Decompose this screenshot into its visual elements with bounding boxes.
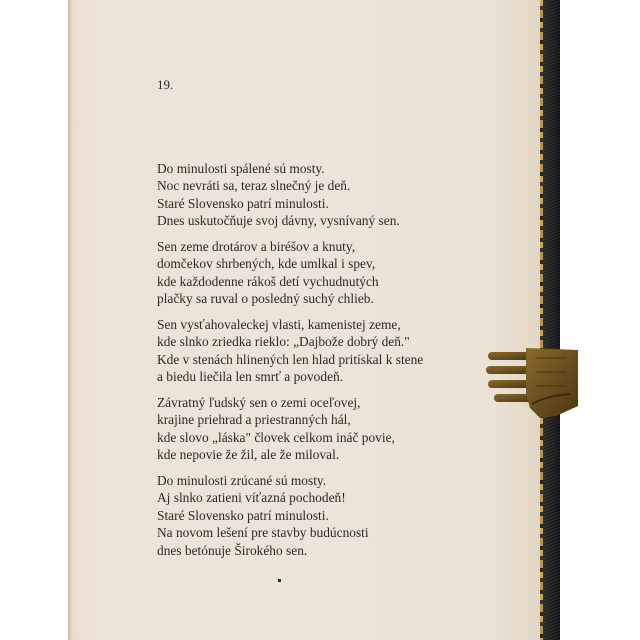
poem-line: Do minulosti zrúcané sú mosty.: [157, 472, 487, 489]
poem-line: Sen zeme drotárov a biréšov a knuty,: [157, 238, 487, 255]
poem-line: krajine priehrad a priestranných hál,: [157, 411, 487, 428]
poem-line: domčekov shrbených, kde umlkal i spev,: [157, 255, 487, 272]
hand-clasp-icon: [486, 344, 578, 420]
poem-line: kde slovo „láska" človek celkom ináč pov…: [157, 429, 487, 446]
poem-line: Aj slnko zatieni víťazná pochodeň!: [157, 489, 487, 506]
stanza-4: Závratný ľudský sen o zemi oceľovej, kra…: [157, 394, 487, 464]
poem-line: Závratný ľudský sen o zemi oceľovej,: [157, 394, 487, 411]
poem-line: Kde v stenách hlinených len hlad pritísk…: [157, 351, 487, 368]
end-of-poem-mark: [278, 579, 281, 582]
poem-line: Staré Slovensko patrí minulosti.: [157, 195, 487, 212]
poem-line: plačky sa ruval o posledný suchý chlieb.: [157, 290, 487, 307]
page-gutter-shadow: [68, 0, 73, 640]
stanza-3: Sen vysťahovaleckej vlasti, kamenistej z…: [157, 316, 487, 386]
poem-line: kde každodenne rákoš detí vychudnutých: [157, 273, 487, 290]
poem-line: kde nepovie že žil, ale že miloval.: [157, 446, 487, 463]
book-cover-binding: [543, 0, 560, 640]
poem-line: Sen vysťahovaleckej vlasti, kamenistej z…: [157, 316, 487, 333]
poem-line: Na novom lešení pre stavby budúcnosti: [157, 524, 487, 541]
poem-line: Noc nevráti sa, teraz slnečný je deň.: [157, 177, 487, 194]
poem-line: dnes betónuje Širokého sen.: [157, 542, 487, 559]
poem-line: a biedu liečila len smrť a povodeň.: [157, 368, 487, 385]
page-number: 19.: [157, 77, 173, 93]
stanza-1: Do minulosti spálené sú mosty. Noc nevrá…: [157, 160, 487, 230]
stanza-5: Do minulosti zrúcané sú mosty. Aj slnko …: [157, 472, 487, 559]
poem-line: Staré Slovensko patrí minulosti.: [157, 507, 487, 524]
stanza-2: Sen zeme drotárov a biréšov a knuty, dom…: [157, 238, 487, 308]
poem-line: kde slnko zriedka rieklo: „Dajbože dobrý…: [157, 333, 487, 350]
poem-line: Do minulosti spálené sú mosty.: [157, 160, 487, 177]
poem-line: Dnes uskutočňuje svoj dávny, vysnívaný s…: [157, 212, 487, 229]
